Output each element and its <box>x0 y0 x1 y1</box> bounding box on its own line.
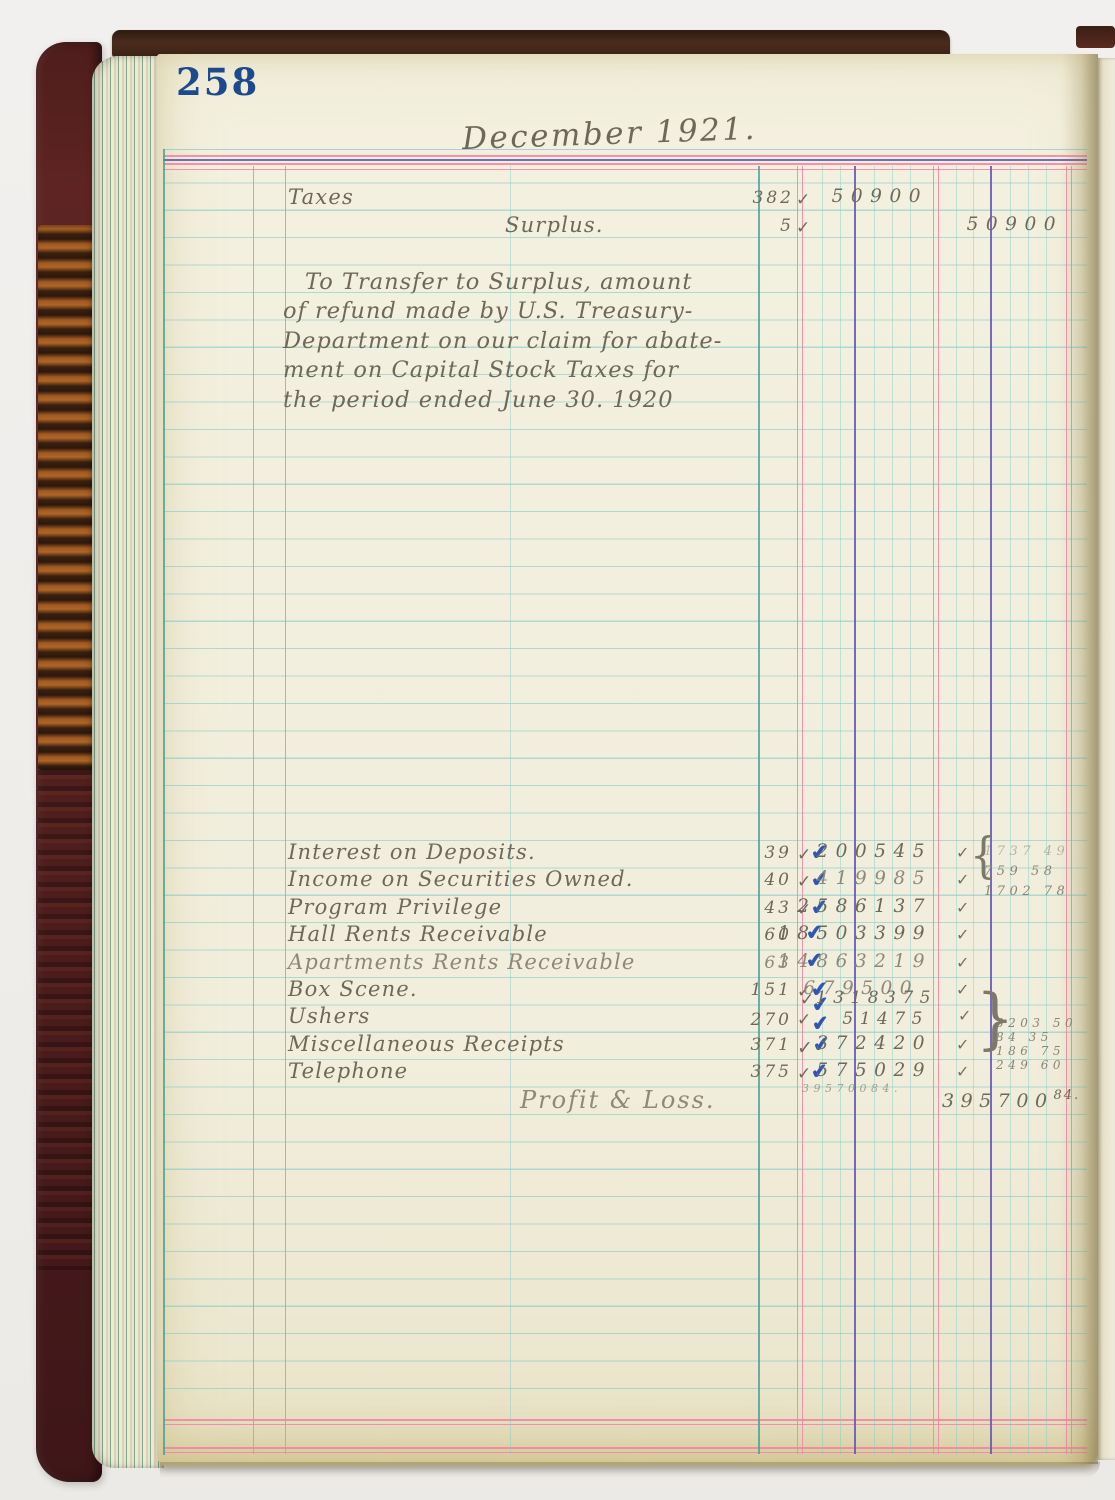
account-name: Apartments Rents Receivable <box>288 950 636 974</box>
page-gutter-fold-shadow <box>1062 54 1098 1464</box>
folio-number: 43 <box>748 898 792 918</box>
check-icon: ✓ <box>956 953 969 972</box>
calc-line: 1737 49 <box>984 842 1069 862</box>
amount: 14863219 <box>778 951 932 972</box>
ledger-photo: 258 December 1921. Taxes 382 ✓ 50900 Sur… <box>0 0 1115 1500</box>
folio-number: 270 <box>748 1010 792 1030</box>
credit-total-main: 395700 <box>942 1090 1054 1112</box>
memo-line: To Transfer to Surplus, amount <box>283 268 788 297</box>
account-name: Ushers <box>288 1004 370 1028</box>
book-spine-ribbed-edge <box>38 225 98 770</box>
margin-calculation-upper: { 1737 49 759 58 1702 78 <box>984 842 1069 902</box>
page-bottom-shadow <box>160 1462 1100 1478</box>
entry-memo: To Transfer to Surplus, amount of refund… <box>283 268 788 415</box>
memo-line: ment on Capital Stock Taxes for <box>283 356 788 385</box>
check-icon: ✓ <box>956 843 969 862</box>
amount: 575029 <box>816 1060 932 1081</box>
account-name: Hall Rents Receivable <box>288 922 548 946</box>
check-icon: ✓ <box>956 870 969 889</box>
check-icon: ✓ <box>956 1035 969 1054</box>
amount-upper: 1318375 <box>816 988 937 1008</box>
check-icon: ✓ <box>797 1037 813 1059</box>
check-icon: ✓ <box>797 1064 811 1084</box>
credit-total: 39570084. <box>942 1088 1080 1112</box>
folio-number: 5 <box>750 216 794 236</box>
closing-label: Profit & Loss. <box>520 1086 716 1114</box>
calc-line: 759 58 <box>984 862 1069 882</box>
amount-lower: 51475 <box>842 1009 929 1029</box>
folio-number: 375 <box>748 1062 792 1082</box>
amount: 2586137 <box>797 896 932 917</box>
amount: 200545 <box>816 841 932 862</box>
folio-number: 151 <box>748 980 792 1000</box>
page-stack-edges <box>92 56 164 1468</box>
amount: 18503399 <box>778 923 932 944</box>
folio-number: 382 <box>750 188 794 208</box>
check-icon: ✓ <box>797 872 811 892</box>
folio-number: 371 <box>748 1035 792 1055</box>
amount: 419985 <box>816 868 932 889</box>
book-spine-ridges <box>38 770 98 1270</box>
check-icon: ✓ <box>797 1010 811 1030</box>
check-icon: ✓ <box>956 980 969 999</box>
brace-icon: } <box>976 1011 1014 1026</box>
calc-line: 1702 78 <box>984 882 1069 902</box>
account-name: Box Scene. <box>288 977 418 1001</box>
account-name: Surplus. <box>505 213 604 237</box>
memo-line: Department on our claim for abate- <box>283 327 788 356</box>
check-icon: ✓ <box>797 845 811 865</box>
adjacent-page-edge <box>1098 58 1115 1460</box>
account-name: Income on Securities Owned. <box>288 867 634 891</box>
memo-line: of refund made by U.S. Treasury- <box>283 297 788 326</box>
folio-number: 39 <box>748 843 792 863</box>
account-name: Taxes <box>288 185 354 209</box>
folio-number: 40 <box>748 870 792 890</box>
check-icon: ✓ <box>796 218 810 238</box>
account-name: Telephone <box>288 1059 408 1083</box>
pencil-running-total: 39570084. <box>802 1082 902 1095</box>
check-icon: ✓ <box>956 925 969 944</box>
check-icon: ✓ <box>796 190 810 210</box>
check-icon: ✓ <box>956 898 969 917</box>
amount: 372420 <box>816 1033 932 1054</box>
memo-line: the period ended June 30. 1920 <box>283 386 788 415</box>
credit-amount: 50900 <box>967 214 1063 235</box>
book-top-cover-corner <box>1076 26 1115 48</box>
page-number: 258 <box>176 60 259 104</box>
account-name: Program Privilege <box>288 895 502 919</box>
account-name: Interest on Deposits. <box>288 840 536 864</box>
check-icon: ✓ <box>958 1006 971 1025</box>
debit-amount: 50900 <box>832 186 928 207</box>
check-icon: ✓ <box>956 1062 969 1081</box>
account-name: Miscellaneous Receipts <box>288 1032 565 1056</box>
